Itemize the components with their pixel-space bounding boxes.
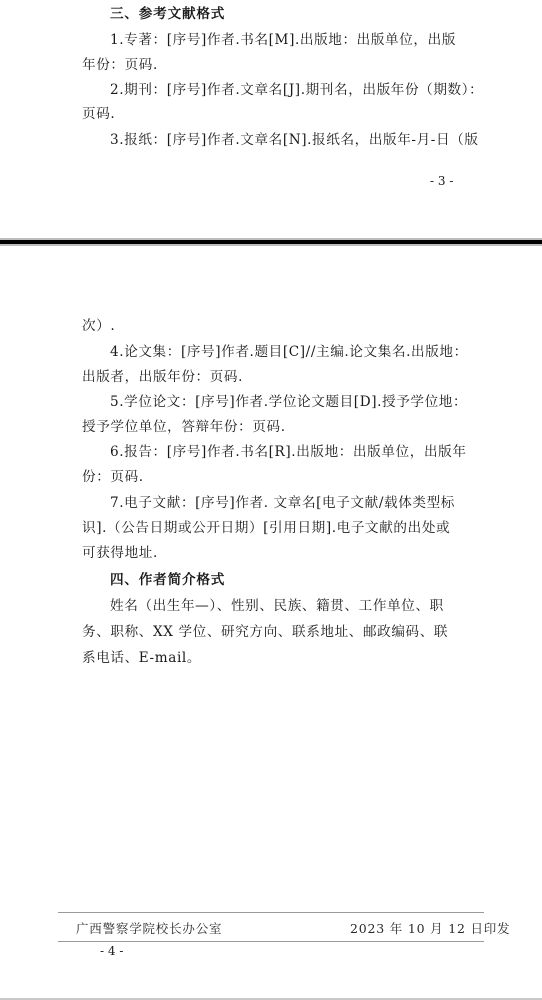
page-number-3: - 3 - <box>430 174 453 188</box>
reference-item-thesis: 5.学位论文：[序号]作者.学位论文题目[D].授予学位地： <box>110 394 467 410</box>
reference-item-electronic-cont2: 可获得地址. <box>82 545 158 561</box>
section-heading-author-bio: 四、作者简介格式 <box>110 572 225 588</box>
document-page-3: 三、参考文献格式 1.专著：[序号]作者.书名[M].出版地：出版单位，出版 年… <box>0 0 542 238</box>
reference-item-monograph: 1.专著：[序号]作者.书名[M].出版地：出版单位，出版 <box>110 32 456 48</box>
reference-item-newspaper-cont: 次）. <box>82 318 115 334</box>
author-bio-text: 姓名（出生年—）、性别、民族、籍贯、工作单位、职 <box>110 598 444 614</box>
author-bio-text-cont2: 系电话、E-mail。 <box>82 650 201 666</box>
footer-top-rule <box>58 912 484 913</box>
page-break-divider <box>0 238 542 246</box>
page-break-bar <box>0 240 542 244</box>
reference-item-newspaper: 3.报纸：[序号]作者.文章名[N].报纸名，出版年-月-日（版 <box>110 132 479 148</box>
reference-item-thesis-cont: 授予学位单位，答辩年份：页码. <box>82 419 286 435</box>
footer-bottom-rule <box>58 941 484 942</box>
reference-item-journal-cont: 页码. <box>82 106 115 122</box>
footer-issue-date: 2023 年 10 月 12 日印发 <box>350 922 510 936</box>
reference-item-report: 6.报告：[序号]作者.书名[R].出版地：出版单位，出版年 <box>110 444 467 460</box>
reference-item-proceedings: 4.论文集：[序号]作者.题目[C]//主编.论文集名.出版地： <box>110 344 468 360</box>
reference-item-monograph-cont: 年份：页码. <box>82 57 158 73</box>
reference-item-proceedings-cont: 出版者，出版年份：页码. <box>82 369 243 385</box>
author-bio-text-cont: 务、职称、XX 学位、研究方向、联系地址、邮政编码、联 <box>82 624 448 640</box>
section-heading-references: 三、参考文献格式 <box>110 6 225 22</box>
reference-item-journal: 2.期刊：[序号]作者.文章名[J].期刊名，出版年份（期数）： <box>110 82 483 98</box>
footer-issuer: 广西警察学院校长办公室 <box>76 922 222 936</box>
page-number-4: - 4 - <box>100 944 123 958</box>
reference-item-report-cont: 份：页码. <box>82 469 144 485</box>
reference-item-electronic-cont: 识].（公告日期或公开日期）[引用日期].电子文献的出处或 <box>82 520 450 536</box>
reference-item-electronic: 7.电子文献：[序号]作者. 文章名[电子文献/载体类型标 <box>110 495 455 511</box>
